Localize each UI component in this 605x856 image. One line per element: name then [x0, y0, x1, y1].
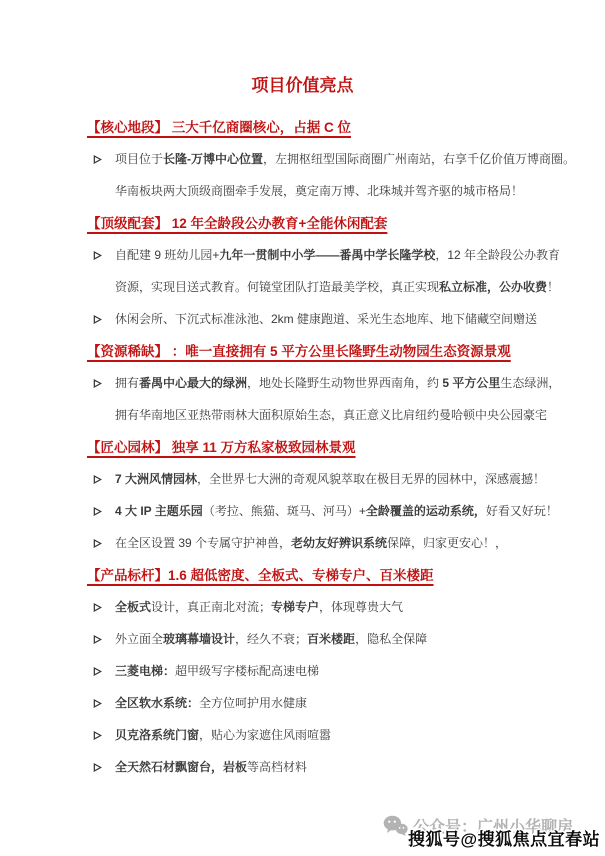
bullet-text: 休闲会所、下沉式标准泳池、2km 健康跑道、采光生态地库、地下储藏空间赠送: [115, 310, 545, 342]
text-segment: ，全世界七大洲的奇观风貌萃取在极目无界的园林中，深感震撼！: [197, 472, 545, 486]
text-segment: 全方位呵护用水健康: [199, 696, 307, 710]
bullet-text: 全天然石材飘窗台，岩板等高档材料: [115, 758, 545, 790]
bullet-text: 在全区设置 39 个专属守护神兽，老幼友好辨识系统保障，归家更安心！，: [115, 534, 545, 566]
section-heading: 【资源稀缺】 ：唯一直接拥有 5 平方公里长隆野生动物园生态资源景观: [87, 342, 545, 361]
text-line: 项目位于长隆-万博中心位置，左拥枢纽型国际商圈广州南站，右享千亿价值万博商圈。: [115, 150, 545, 169]
text-line: 全区软水系统：全方位呵护用水健康: [115, 694, 545, 713]
bullet-text: 7 大洲风情园林，全世界七大洲的奇观风貌萃取在极目无界的园林中，深感震撼！: [115, 470, 545, 502]
section: 【匠心园林】 独享 11 万方私家极致园林景观7 大洲风情园林，全世界七大洲的奇…: [87, 438, 545, 566]
section: 【资源稀缺】 ：唯一直接拥有 5 平方公里长隆野生动物园生态资源景观拥有番禺中心…: [87, 342, 545, 438]
page-title: 项目价值亮点: [0, 0, 605, 98]
text-segment: ，贴心为家遮住风雨喧嚣: [199, 728, 331, 742]
list-item: 拥有番禺中心最大的绿洲，地处长隆野生动物世界西南角，约 5 平方公里生态绿洲，拥…: [93, 374, 545, 438]
list-item: 全区软水系统：全方位呵护用水健康: [93, 694, 545, 726]
bold-text-segment: 老幼友好辨识系统: [291, 536, 387, 550]
section-heading: 【匠心园林】 独享 11 万方私家极致园林景观: [87, 438, 545, 457]
text-segment: ，体现尊贵大气: [319, 600, 403, 614]
text-line: 全板式设计，真正南北对流；专梯专户，体现尊贵大气: [115, 598, 545, 617]
list-item: 外立面全玻璃幕墙设计，经久不衰；百米楼距，隐私全保障: [93, 630, 545, 662]
list-item: 7 大洲风情园林，全世界七大洲的奇观风貌萃取在极目无界的园林中，深感震撼！: [93, 470, 545, 502]
bullet-text: 外立面全玻璃幕墙设计，经久不衰；百米楼距，隐私全保障: [115, 630, 545, 662]
text-line: 休闲会所、下沉式标准泳池、2km 健康跑道、采光生态地库、地下储藏空间赠送: [115, 310, 545, 329]
text-line: 外立面全玻璃幕墙设计，经久不衰；百米楼距，隐私全保障: [115, 630, 545, 649]
text-line: 拥有番禺中心最大的绿洲，地处长隆野生动物世界西南角，约 5 平方公里生态绿洲，: [115, 374, 545, 393]
bullet-text: 项目位于长隆-万博中心位置，左拥枢纽型国际商圈广州南站，右享千亿价值万博商圈。华…: [115, 150, 545, 214]
text-line: 华南板块两大顶级商圈牵手发展，奠定南万博、北珠城并驾齐驱的城市格局！: [115, 182, 545, 201]
section: 【核心地段】 三大千亿商圈核心，占据 C 位项目位于长隆-万博中心位置，左拥枢纽…: [87, 118, 545, 214]
text-segment: 等高档材料: [247, 760, 307, 774]
text-line: 贝克洛系统门窗，贴心为家遮住风雨喧嚣: [115, 726, 545, 745]
text-segment: 外立面全: [115, 632, 163, 646]
text-line: 拥有华南地区亚热带雨林大面积原始生态，真正意义比肩纽约曼哈顿中央公园豪宅: [115, 406, 545, 425]
arrowhead-right-icon: [93, 475, 102, 484]
text-segment: ，地处长隆野生动物世界西南角，约: [247, 376, 442, 390]
text-segment: 拥有: [115, 376, 139, 390]
wechat-account-label: 公众号：广州小华聊房: [413, 814, 573, 837]
bullet-text: 三菱电梯：超甲级写字楼标配高速电梯: [115, 662, 545, 694]
arrowhead-right-icon: [93, 763, 102, 772]
section: 【产品标杆】1.6 超低密度、全板式、专梯专户、百米楼距全板式设计，真正南北对流…: [87, 566, 545, 790]
text-segment: 休闲会所、下沉式标准泳池、2km 健康跑道、采光生态地库、地下储藏空间赠送: [115, 312, 537, 326]
text-segment: 超甲级写字楼标配高速电梯: [175, 664, 319, 678]
list-item: 休闲会所、下沉式标准泳池、2km 健康跑道、采光生态地库、地下储藏空间赠送: [93, 310, 545, 342]
section-heading: 【产品标杆】1.6 超低密度、全板式、专梯专户、百米楼距: [87, 566, 545, 585]
bold-text-segment: 全天然石材飘窗台，岩板: [115, 760, 247, 774]
text-segment: ，左拥枢纽型国际商圈广州南站，右享千亿价值万博商圈。: [263, 152, 575, 166]
text-line: 资源，实现目送式教育。何镜堂团队打造最美学校，真正实现私立标准，公办收费！: [115, 278, 545, 297]
arrowhead-right-icon: [93, 507, 102, 516]
bold-text-segment: 全板式: [115, 600, 151, 614]
bold-text-segment: 5 平方公里: [442, 376, 500, 390]
watermark: 公众号：广州小华聊房 搜狐号@搜狐焦点宜春站: [375, 806, 605, 856]
text-segment: 项目位于: [115, 152, 163, 166]
text-line: 7 大洲风情园林，全世界七大洲的奇观风貌萃取在极目无界的园林中，深感震撼！: [115, 470, 545, 489]
bold-text-segment: 九年一贯制中小学——番禺中学长隆学校: [219, 248, 435, 262]
text-line: 全天然石材飘窗台，岩板等高档材料: [115, 758, 545, 777]
list-item: 自配建 9 班幼儿园+九年一贯制中小学——番禺中学长隆学校，12 年全龄段公办教…: [93, 246, 545, 310]
wechat-watermark-line: 公众号：广州小华聊房: [383, 814, 573, 837]
section: 【顶级配套】 12 年全龄段公办教育+全能休闲配套自配建 9 班幼儿园+九年一贯…: [87, 214, 545, 342]
arrowhead-right-icon: [93, 315, 102, 324]
bullet-text: 全区软水系统：全方位呵护用水健康: [115, 694, 545, 726]
list-item: 三菱电梯：超甲级写字楼标配高速电梯: [93, 662, 545, 694]
arrowhead-right-icon: [93, 635, 102, 644]
text-segment: ，隐私全保障: [355, 632, 427, 646]
bold-text-segment: 全龄覆盖的运动系统，: [366, 504, 486, 518]
text-segment: 设计，真正南北对流；: [151, 600, 271, 614]
bold-text-segment: 番禺中心最大的绿洲: [139, 376, 247, 390]
text-segment: ，经久不衰；: [235, 632, 307, 646]
text-segment: ！: [547, 280, 559, 294]
bold-text-segment: 私立标准，公办收费: [439, 280, 547, 294]
list-item: 在全区设置 39 个专属守护神兽，老幼友好辨识系统保障，归家更安心！，: [93, 534, 545, 566]
arrowhead-right-icon: [93, 731, 102, 740]
bullet-text: 4 大 IP 主题乐园（考拉、熊猫、斑马、河马）+全龄覆盖的运动系统，好看又好玩…: [115, 502, 545, 534]
text-line: 自配建 9 班幼儿园+九年一贯制中小学——番禺中学长隆学校，12 年全龄段公办教…: [115, 246, 545, 265]
list-item: 项目位于长隆-万博中心位置，左拥枢纽型国际商圈广州南站，右享千亿价值万博商圈。华…: [93, 150, 545, 214]
text-segment: （考拉、熊猫、斑马、河马）+: [203, 504, 366, 518]
text-line: 4 大 IP 主题乐园（考拉、熊猫、斑马、河马）+全龄覆盖的运动系统，好看又好玩…: [115, 502, 545, 521]
list-item: 全天然石材飘窗台，岩板等高档材料: [93, 758, 545, 790]
text-segment: 在全区设置 39 个专属守护神兽，: [115, 536, 291, 550]
bullet-text: 贝克洛系统门窗，贴心为家遮住风雨喧嚣: [115, 726, 545, 758]
text-segment: 拥有华南地区亚热带雨林大面积原始生态，真正意义比肩纽约曼哈顿中央公园豪宅: [115, 408, 547, 422]
list-item: 全板式设计，真正南北对流；专梯专户，体现尊贵大气: [93, 598, 545, 630]
text-segment: 自配建 9 班幼儿园+: [115, 248, 219, 262]
document-content: 【核心地段】 三大千亿商圈核心，占据 C 位项目位于长隆-万博中心位置，左拥枢纽…: [87, 118, 545, 790]
wechat-icon: [383, 815, 408, 836]
bold-text-segment: 三菱电梯：: [115, 664, 175, 678]
text-segment: 生态绿洲，: [500, 376, 560, 390]
list-item: 4 大 IP 主题乐园（考拉、熊猫、斑马、河马）+全龄覆盖的运动系统，好看又好玩…: [93, 502, 545, 534]
bold-text-segment: 专梯专户: [271, 600, 319, 614]
bold-text-segment: 长隆-万博中心位置: [163, 152, 263, 166]
text-line: 在全区设置 39 个专属守护神兽，老幼友好辨识系统保障，归家更安心！，: [115, 534, 545, 553]
sohu-account-label: 搜狐号@搜狐焦点宜春站: [408, 825, 600, 850]
text-segment: 保障，归家更安心！，: [387, 536, 507, 550]
arrowhead-right-icon: [93, 539, 102, 548]
sections-container: 【核心地段】 三大千亿商圈核心，占据 C 位项目位于长隆-万博中心位置，左拥枢纽…: [87, 118, 545, 790]
text-segment: 资源，实现目送式教育。何镜堂团队打造最美学校，真正实现: [115, 280, 439, 294]
bold-text-segment: 4 大 IP 主题乐园: [115, 504, 203, 518]
bold-text-segment: 7 大洲风情园林: [115, 472, 197, 486]
text-segment: 好看又好玩！: [486, 504, 558, 518]
bold-text-segment: 百米楼距: [307, 632, 355, 646]
arrowhead-right-icon: [93, 699, 102, 708]
bullet-text: 自配建 9 班幼儿园+九年一贯制中小学——番禺中学长隆学校，12 年全龄段公办教…: [115, 246, 545, 310]
arrowhead-right-icon: [93, 251, 102, 260]
bullet-text: 全板式设计，真正南北对流；专梯专户，体现尊贵大气: [115, 598, 545, 630]
list-item: 贝克洛系统门窗，贴心为家遮住风雨喧嚣: [93, 726, 545, 758]
document-page: 项目价值亮点 【核心地段】 三大千亿商圈核心，占据 C 位项目位于长隆-万博中心…: [0, 0, 605, 856]
bold-text-segment: 玻璃幕墙设计: [163, 632, 235, 646]
arrowhead-right-icon: [93, 379, 102, 388]
text-segment: 华南板块两大顶级商圈牵手发展，奠定南万博、北珠城并驾齐驱的城市格局！: [115, 184, 523, 198]
arrowhead-right-icon: [93, 603, 102, 612]
section-heading: 【核心地段】 三大千亿商圈核心，占据 C 位: [87, 118, 545, 137]
arrowhead-right-icon: [93, 667, 102, 676]
section-heading: 【顶级配套】 12 年全龄段公办教育+全能休闲配套: [87, 214, 545, 233]
bold-text-segment: 贝克洛系统门窗: [115, 728, 199, 742]
text-segment: ，12 年全龄段公办教育: [435, 248, 560, 262]
bold-text-segment: 全区软水系统：: [115, 696, 199, 710]
arrowhead-right-icon: [93, 155, 102, 164]
text-line: 三菱电梯：超甲级写字楼标配高速电梯: [115, 662, 545, 681]
bullet-text: 拥有番禺中心最大的绿洲，地处长隆野生动物世界西南角，约 5 平方公里生态绿洲，拥…: [115, 374, 545, 438]
